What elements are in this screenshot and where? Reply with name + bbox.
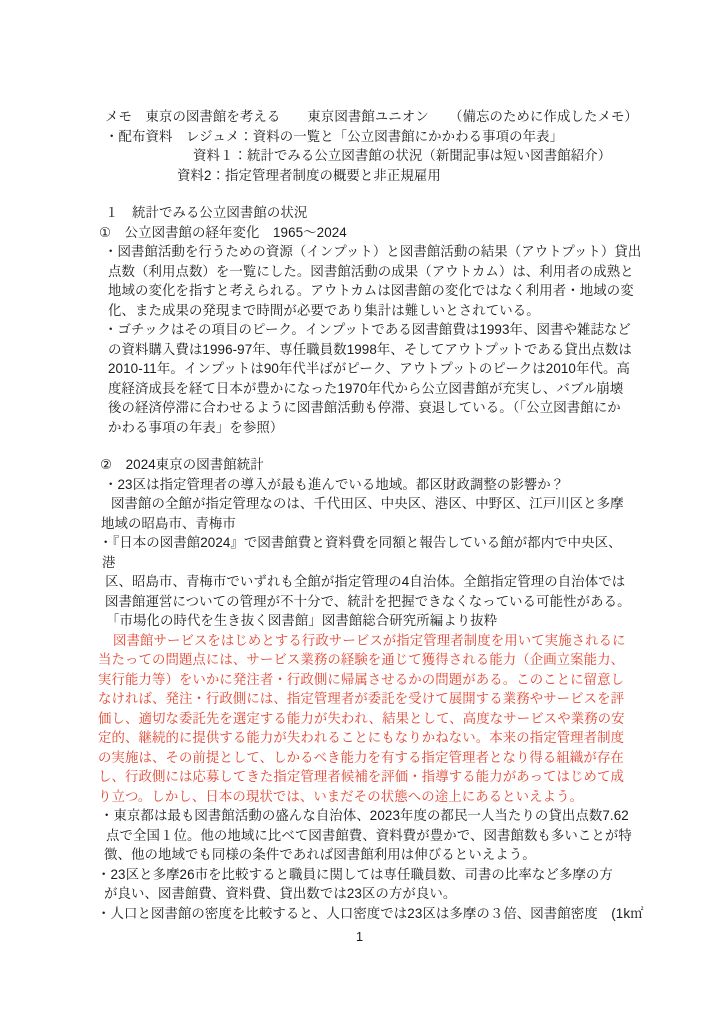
document-line: ・東京都は最も図書館活動の盛んな自治体、2023年度の都民一人当たりの貸出点数7… xyxy=(97,806,642,826)
blank-line xyxy=(97,185,642,203)
document-line: ・図書館活動を行うための資源（インプット）と図書館活動の結果（アウトプット）貸出 xyxy=(97,242,642,262)
document-line: の資料購入費は1996-97年、専任職員数1998年、そしてアウトプットである貸… xyxy=(97,340,642,360)
document-line: ・配布資料 レジュメ：資料の一覧と「公立図書館にかかわる事項の年表」 xyxy=(97,127,642,147)
quote-line: の実施は、その前提として、しかるべき能力を有する指定管理者となり得る組織が存在 xyxy=(97,748,642,768)
document-line: 地域の変化を指すと考えられる。アウトカムは図書館の変化ではなく利用者・地域の変 xyxy=(97,281,642,301)
document-line: 後の経済停滞に合わせるように図書館活動も停滞、衰退している。（「公立図書館にか xyxy=(97,398,642,418)
quote-line: 当たっての問題点には、サービス業務の経験を通じて獲得される能力（企画立案能力、 xyxy=(97,650,642,670)
document-line: ・23区は指定管理者の導入が最も進んでいる地域。都区財政調整の影響か？ xyxy=(97,475,642,495)
document-line: 度経済成長を経て日本が豊かになった1970年代から公立図書館が充実し、バブル崩壊 xyxy=(97,379,642,399)
document-line: 徴、他の地域でも同様の条件であれば図書館利用は伸びるといえよう。 xyxy=(97,845,642,865)
document-line: 区、昭島市、青梅市でいずれも全館が指定管理の4自治体。全館指定管理の自治体では xyxy=(97,572,642,592)
quote-line: 定的、継続的に提供する能力が失われることにもなりかねない。本来の指定管理者制度 xyxy=(97,728,642,748)
document-line: かわる事項の年表」を参照） xyxy=(97,418,642,438)
quote-line: 図書館サービスをはじめとする行政サービスが指定管理者制度を用いて実施されるに xyxy=(97,631,642,651)
document-line: 図書館運営についての管理が不十分で、統計を把握できなくなっている可能性がある。 xyxy=(97,592,642,612)
quote-line: り立つ。しかし、日本の現状では、いまだその状態への途上にあるといえよう。 xyxy=(97,787,642,807)
document-line: 「市場化の時代を生き抜く図書館」図書館総合研究所編より抜粋 xyxy=(97,611,642,631)
document-line: が良い、図書館費、資料費、貸出数では23区の方が良い。 xyxy=(97,884,642,904)
quote-line: なければ、発注・行政側には、指定管理者が委託を受けて展開する業務やサービスを評 xyxy=(97,689,642,709)
quote-line: 価し、適切な委託先を選定する能力が失われ、結果として、高度なサービスや業務の安 xyxy=(97,709,642,729)
document-line: ・人口と図書館の密度を比較すると、人口密度では23区は多摩の３倍、図書館密度 (… xyxy=(97,904,642,924)
quote-line: 実行能力等）をいかに発注者・行政側に帰属させるかの問題がある。このことに留意し xyxy=(97,670,642,690)
document-line: 2010-11年。インプットは90年代半ばがピーク、アウトプットのピークは201… xyxy=(97,359,642,379)
memo-body: メモ 東京の図書館を考える 東京図書館ユニオン （備忘のために作成したメモ）・配… xyxy=(97,107,642,923)
document-line: ① 公立図書館の経年変化 1965〜2024 xyxy=(97,223,642,243)
document-page: メモ 東京の図書館を考える 東京図書館ユニオン （備忘のために作成したメモ）・配… xyxy=(0,0,724,1024)
document-line: 図書館の全館が指定管理なのは、千代田区、中央区、港区、中野区、江戸川区と多摩 xyxy=(97,494,642,514)
document-line: 資料１：統計でみる公立図書館の状況（新聞記事は短い図書館紹介） xyxy=(97,146,642,166)
document-line: ・ゴチックはその項目のピーク。インプットである図書館費は1993年、図書や雑誌な… xyxy=(97,320,642,340)
document-line: 点で全国１位。他の地域に比べて図書館費、資料費が豊かで、図書館数も多いことが特 xyxy=(97,826,642,846)
document-line: 化、また成果の発現まで時間が必要であり集計は難しいとされている。 xyxy=(97,301,642,321)
document-line: ② 2024東京の図書館統計 xyxy=(97,455,642,475)
document-line: メモ 東京の図書館を考える 東京図書館ユニオン （備忘のために作成したメモ） xyxy=(97,107,642,127)
blank-line xyxy=(97,437,642,455)
document-line: 点数（利用点数）を一覧にした。図書館活動の成果（アウトカム）は、利用者の成熟と xyxy=(97,262,642,282)
quote-line: し、行政側には応募してきた指定管理者候補を評価・指導する能力があってはじめて成 xyxy=(97,767,642,787)
document-line: １ 統計でみる公立図書館の状況 xyxy=(97,203,642,223)
document-line: 港 xyxy=(97,553,642,573)
document-line: ・23区と多摩26市を比較すると職員に関しては専任職員数、司書の比率など多摩の方 xyxy=(97,865,642,885)
document-line: 地域の昭島市、青梅市 xyxy=(97,514,642,534)
document-line: ・『日本の図書館2024』で図書館費と資料費を同額と報告している館が都内で中央区… xyxy=(97,533,642,553)
document-line: 資料2：指定管理者制度の概要と非正規雇用 xyxy=(97,166,642,186)
page-number: 1 xyxy=(97,929,622,944)
